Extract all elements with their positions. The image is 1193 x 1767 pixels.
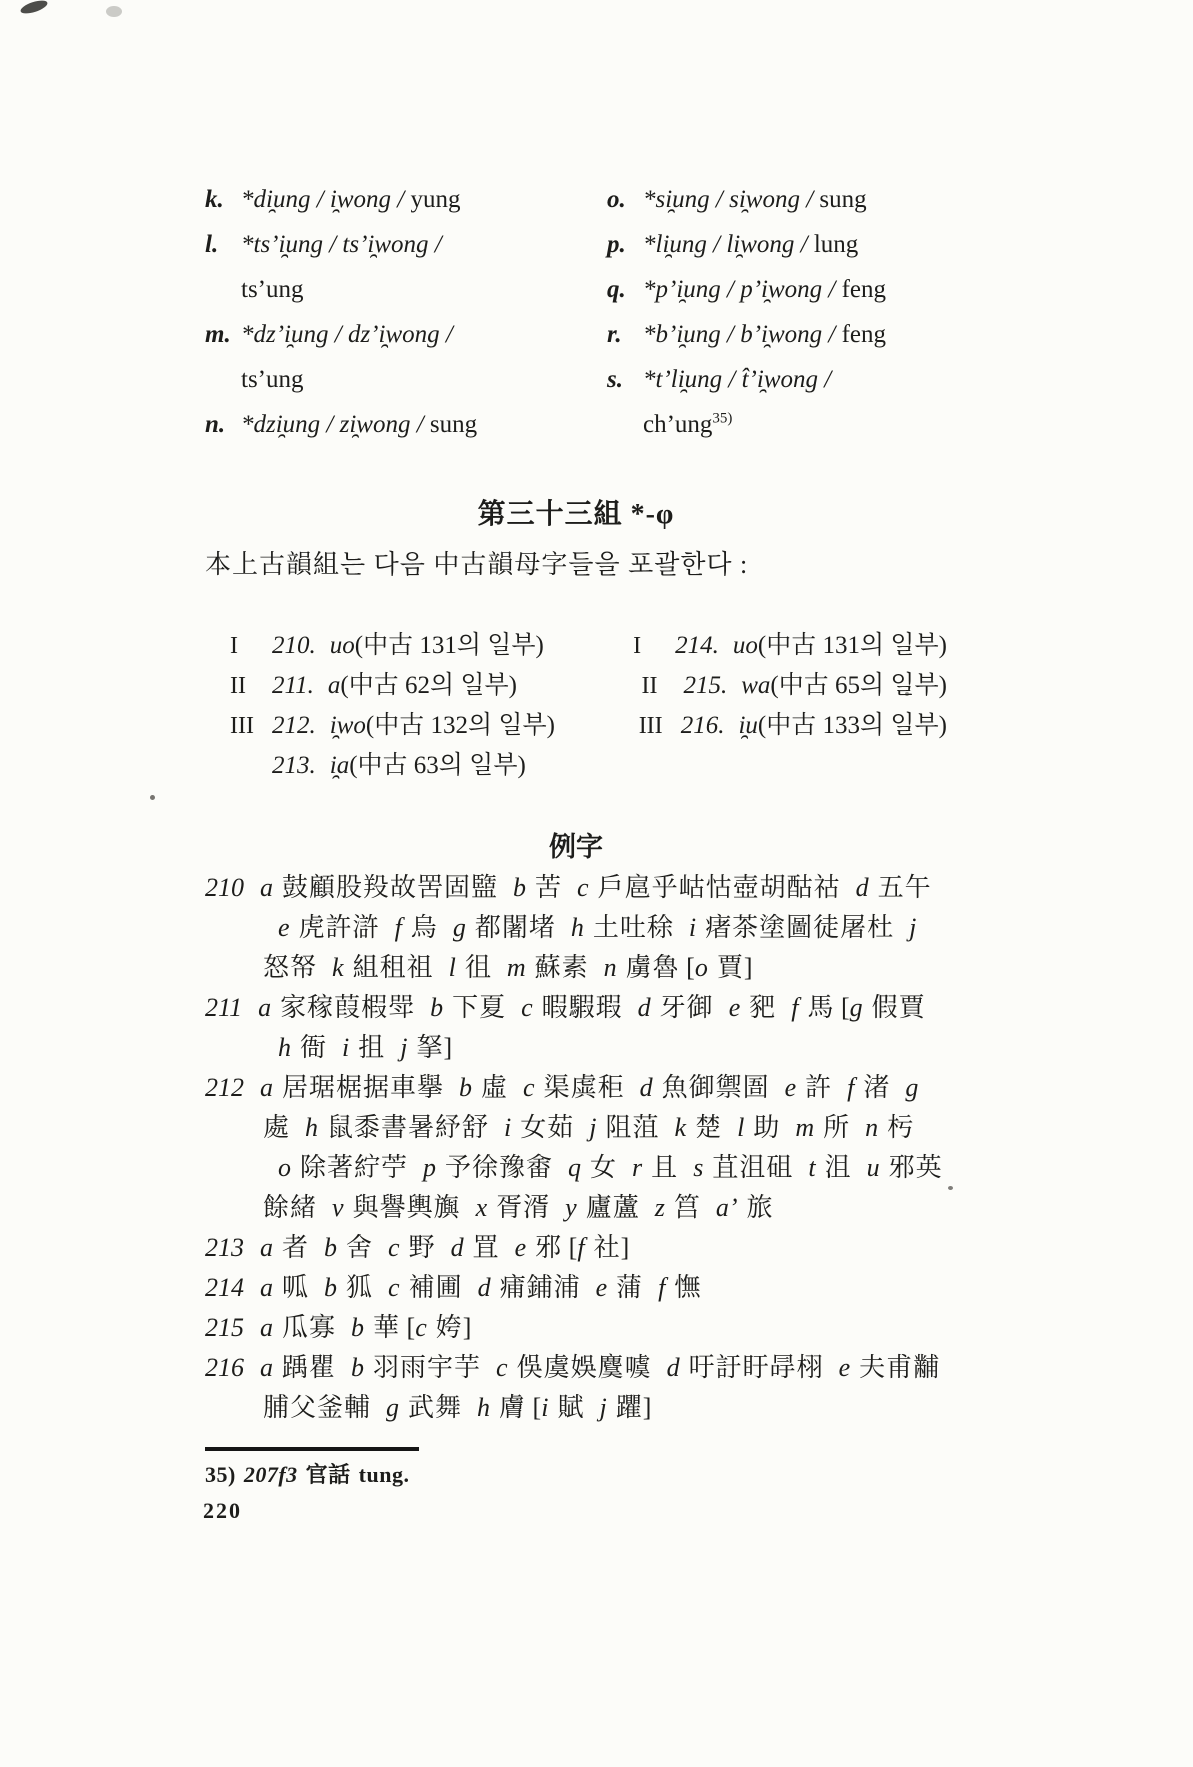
page-content: k.*di̯ung / i̯wong / yungl.*ts’i̯ung / t…: [205, 186, 947, 1428]
phonetic-line: s.*t’li̯ung / t̂’i̯wong /: [607, 366, 947, 411]
segment-letter: c: [521, 993, 533, 1022]
segment-letter: s: [693, 1153, 703, 1182]
example-entry: 212a居琚椐据車擧b虛c渠虡秬d魚御禦圄e許f渚g處h鼠黍書暑紓舒i女茹j阻菹…: [205, 1068, 947, 1228]
example-entry: 211a家稼葭椵斝b下夏c暇騢瑕d牙御e豝f馬 [g假賈h衙i抯j拏]: [205, 988, 947, 1068]
segment-letter: b: [324, 1233, 337, 1262]
segment-letter: a: [260, 1353, 273, 1382]
segment-characters: 華: [373, 1313, 400, 1342]
segment-letter: z: [655, 1193, 665, 1222]
segment-characters: 暇騢瑕: [542, 993, 623, 1022]
segment-characters: 吁訏盱冔栩: [689, 1353, 824, 1382]
footnote-marker: 35): [205, 1462, 236, 1487]
segment-characters: 瘏茶塗圖徒屠杜: [705, 913, 894, 942]
segment-letter: a: [260, 1313, 273, 1342]
phonetic-line: ts’ung: [205, 276, 607, 321]
segment-letter: h: [477, 1393, 490, 1422]
segment-characters: 蘇素: [535, 953, 589, 982]
segment-characters: 助: [753, 1113, 780, 1142]
segment-letter: o: [695, 953, 708, 982]
segment-characters: 躣: [616, 1393, 643, 1422]
reconstructed-forms: *b’i̯ung / b’i̯wong /: [643, 321, 835, 348]
segment-letter: e: [596, 1273, 608, 1302]
entry-number: 211: [205, 993, 242, 1022]
phonetic-item-letter: p.: [607, 231, 643, 276]
group-number: 212.: [272, 712, 316, 740]
group-number: 213.: [272, 752, 316, 780]
reconstructed-forms: *di̯ung / i̯wong /: [241, 186, 404, 213]
phonetic-item-text: ts’ung: [241, 366, 304, 411]
segment-characters: 土吐稌: [593, 913, 674, 942]
entry-number: 212: [205, 1073, 244, 1102]
rhyme-group-cell: 213.i̯a(中古 63의 일부): [230, 745, 642, 781]
phonetic-item-text: *di̯ung / i̯wong / yung: [241, 186, 460, 231]
segment-characters: 憮: [674, 1273, 701, 1302]
segment-letter: d: [856, 873, 869, 902]
segment-characters: 怒帑: [263, 953, 317, 982]
class-numeral: II: [641, 673, 683, 700]
segment-characters: 居琚椐据車擧: [282, 1073, 444, 1102]
segment-letter: i: [342, 1033, 349, 1062]
class-numeral: III: [230, 713, 272, 740]
phonetic-line: r.*b’i̯ung / b’i̯wong / feng: [607, 321, 947, 366]
segment-characters: 女茹: [520, 1113, 574, 1142]
segment-letter: j: [909, 913, 916, 942]
segment-characters: 沮: [825, 1153, 852, 1182]
group-middle-chinese-note: (中古 65의 일부): [770, 665, 947, 701]
segment-characters: 馬: [807, 993, 834, 1022]
reconstructed-forms: *si̯ung / si̯wong /: [643, 186, 813, 213]
segment-characters: 鼠黍書暑紓舒: [327, 1113, 489, 1142]
rhyme-group-cell: I214.uo(中古 131의 일부): [633, 625, 947, 661]
page-number: 220: [203, 1498, 242, 1524]
segment-characters: 渚: [863, 1073, 890, 1102]
rhyme-group-row: I210.uo(中古 131의 일부)I214.uo(中古 131의 일부): [205, 625, 947, 665]
rhyme-group-row: 213.i̯a(中古 63의 일부): [205, 745, 947, 785]
segment-letter: g: [386, 1393, 399, 1422]
group-romanization: uo: [733, 632, 758, 660]
footnote-word: tung.: [359, 1462, 410, 1487]
segment-characters: 旅: [747, 1193, 774, 1222]
examples-heading: 例字: [205, 825, 947, 864]
segment-characters: 虎許滸: [299, 913, 380, 942]
segment-characters: 羽雨宇芋: [373, 1353, 481, 1382]
group-number: 211.: [272, 672, 314, 700]
class-numeral: I: [633, 633, 675, 660]
open-bracket: [: [562, 1233, 577, 1262]
example-entry: 216a踽瞿b羽雨宇芋c俁虞娛麌噳d吁訏盱冔栩e夫甫黼脯父釜輔g武舞h膚 [i賦…: [205, 1348, 947, 1428]
phonetic-line: ch’ung35): [607, 411, 947, 456]
phonetic-item-letter: m.: [205, 321, 241, 366]
segment-letter: b: [324, 1273, 337, 1302]
segment-characters: 烏: [411, 913, 438, 942]
footnote-rule: [205, 1447, 419, 1451]
group-middle-chinese-note: (中古 62의 일부): [340, 665, 517, 701]
segment-characters: 胥湑: [496, 1193, 550, 1222]
reconstructed-forms: *dzi̯ung / zi̯wong /: [241, 411, 424, 438]
footnote: 35)207f3官話tung.: [205, 1458, 409, 1489]
segment-letter: n: [604, 953, 617, 982]
segment-letter: g: [453, 913, 466, 942]
phonetic-item-letter: k.: [205, 186, 241, 231]
segment-letter: c: [388, 1273, 400, 1302]
segment-letter: h: [278, 1033, 291, 1062]
example-entry: 214a呱b狐c補圃d痡鋪浦e蒲f憮: [205, 1268, 947, 1308]
phonetic-item-letter: s.: [607, 366, 643, 411]
class-numeral: III: [639, 713, 681, 740]
segment-characters: 除著紵苧: [300, 1153, 408, 1182]
example-character-entries: 210a鼓顧股羖故罟固盬b苦c戶扈乎岵怙壺胡酤祜d五午e虎許滸f烏g都闍堵h土吐…: [205, 868, 947, 1428]
segment-characters: 拏: [417, 1033, 444, 1062]
entry-number: 214: [205, 1273, 244, 1302]
open-bracket: [: [680, 953, 695, 982]
segment-letter: b: [459, 1073, 472, 1102]
segment-characters: 狐: [346, 1273, 373, 1302]
class-numeral: II: [230, 673, 272, 700]
segment-characters: 都闍堵: [475, 913, 556, 942]
group-romanization: i̯a: [330, 752, 349, 780]
segment-characters: 膚: [499, 1393, 526, 1422]
phonetic-line: l.*ts’i̯ung / ts’i̯wong /: [205, 231, 607, 276]
segment-letter: b: [351, 1313, 364, 1342]
entry-number: 216: [205, 1353, 244, 1382]
reconstructed-forms: *dz’i̯ung / dz’i̯wong /: [241, 321, 453, 348]
segment-characters: 舍: [346, 1233, 373, 1262]
segment-characters: 苴沮砠: [712, 1153, 793, 1182]
modern-reading: ts’ung: [241, 366, 304, 393]
modern-reading: ts’ung: [241, 276, 304, 303]
segment-letter: l: [449, 953, 456, 982]
segment-characters: 賈: [717, 953, 744, 982]
open-bracket: [: [526, 1393, 541, 1422]
segment-letter: o: [278, 1153, 291, 1182]
segment-characters: 且: [651, 1153, 678, 1182]
segment-letter: d: [667, 1353, 680, 1382]
group-romanization: i̯wo: [330, 712, 366, 740]
group-middle-chinese-note: (中古 132의 일부): [366, 705, 555, 741]
footnote-cjk: 官話: [306, 1462, 351, 1487]
group-romanization: uo: [330, 632, 355, 660]
segment-letter: k: [675, 1113, 687, 1142]
segment-letter: f: [658, 1273, 665, 1302]
segment-letter: g: [905, 1073, 918, 1102]
segment-characters: 戶扈乎岵怙壺胡酤祜: [598, 873, 841, 902]
close-bracket: ]: [444, 1033, 453, 1062]
rhyme-group-cell: II215.wa(中古 65의 일부): [641, 665, 947, 701]
segment-characters: 社: [594, 1233, 621, 1262]
phonetic-line: q.*p’i̯ung / p’i̯wong / feng: [607, 276, 947, 321]
segment-letter: e: [278, 913, 290, 942]
segment-letter: b: [430, 993, 443, 1022]
segment-characters: 渠虡秬: [544, 1073, 625, 1102]
segment-letter: a’: [716, 1193, 738, 1222]
group-number: 215.: [683, 672, 727, 700]
group-number: 216.: [681, 712, 725, 740]
segment-characters: 蒲: [616, 1273, 643, 1302]
rhyme-group-row: III212.i̯wo(中古 132의 일부)III216.i̯u(中古 133…: [205, 705, 947, 745]
segment-letter: g: [850, 993, 863, 1022]
group-middle-chinese-note: (中古 63의 일부): [349, 745, 526, 781]
segment-letter: a: [258, 993, 271, 1022]
segment-characters: 組租祖: [353, 953, 434, 982]
segment-letter: f: [791, 993, 798, 1022]
phonetic-line: p.*li̯ung / li̯wong / lung: [607, 231, 947, 276]
rhyme-group-cell: III212.i̯wo(中古 132의 일부): [230, 705, 639, 741]
segment-characters: 邪: [535, 1233, 562, 1262]
segment-characters: 踽瞿: [282, 1353, 336, 1382]
rhyme-group-row: II211.a(中古 62의 일부)II215.wa(中古 65의 일부): [205, 665, 947, 705]
scanned-paper-page: k.*di̯ung / i̯wong / yungl.*ts’i̯ung / t…: [0, 0, 1193, 1767]
reconstructed-forms: *p’i̯ung / p’i̯wong /: [643, 276, 835, 303]
phonetic-line: k.*di̯ung / i̯wong / yung: [205, 186, 607, 231]
close-bracket: ]: [463, 1313, 472, 1342]
phonetic-item-letter: q.: [607, 276, 643, 321]
segment-characters: 女: [590, 1153, 617, 1182]
segment-letter: h: [305, 1113, 318, 1142]
group-romanization: wa: [741, 672, 770, 700]
segment-letter: u: [867, 1153, 880, 1182]
segment-letter: b: [351, 1353, 364, 1382]
phonetic-column-left: k.*di̯ung / i̯wong / yungl.*ts’i̯ung / t…: [205, 186, 607, 456]
segment-letter: a: [260, 1233, 273, 1262]
phonetic-item-letter: [607, 411, 643, 456]
segment-characters: 瓜寡: [282, 1313, 336, 1342]
group-middle-chinese-note: (中古 133의 일부): [758, 705, 947, 741]
segment-letter: a: [260, 873, 273, 902]
scan-artifact: [106, 6, 122, 17]
segment-letter: b: [513, 873, 526, 902]
segment-characters: 魚御禦圄: [662, 1073, 770, 1102]
segment-letter: a: [260, 1073, 273, 1102]
segment-characters: 野: [409, 1233, 436, 1262]
segment-letter: p: [423, 1153, 436, 1182]
segment-characters: 徂: [465, 953, 492, 982]
modern-reading: ch’ung: [643, 411, 712, 438]
segment-characters: 筥: [674, 1193, 701, 1222]
segment-letter: a: [260, 1273, 273, 1302]
group-middle-chinese-note: (中古 131의 일부): [758, 625, 947, 661]
modern-reading: feng: [835, 321, 886, 348]
segment-characters: 楚: [695, 1113, 722, 1142]
segment-letter: i: [541, 1393, 548, 1422]
phonetic-line: m.*dz’i̯ung / dz’i̯wong /: [205, 321, 607, 366]
segment-characters: 補圃: [409, 1273, 463, 1302]
section-heading: 第三十三組 *-φ: [205, 492, 947, 532]
close-bracket: ]: [643, 1393, 652, 1422]
segment-letter: c: [523, 1073, 535, 1102]
segment-characters: 鼓顧股羖故罟固盬: [282, 873, 498, 902]
segment-letter: j: [400, 1033, 407, 1062]
example-entry: 213a者b舍c野d罝e邪 [f社]: [205, 1228, 947, 1268]
segment-letter: x: [476, 1193, 488, 1222]
open-bracket: [: [835, 993, 850, 1022]
phonetic-item-letter: n.: [205, 411, 241, 456]
segment-letter: h: [571, 913, 584, 942]
segment-letter: f: [577, 1233, 584, 1262]
segment-letter: c: [496, 1353, 508, 1382]
reconstructed-forms: *t’li̯ung / t̂’i̯wong /: [643, 366, 831, 393]
rhyme-group-cell: III216.i̯u(中古 133의 일부): [639, 705, 947, 741]
segment-characters: 虛: [481, 1073, 508, 1102]
segment-letter: e: [729, 993, 741, 1022]
phonetic-column-right: o.*si̯ung / si̯wong / sungp.*li̯ung / li…: [607, 186, 947, 456]
group-number: 210.: [272, 632, 316, 660]
example-entry: 210a鼓顧股羖故罟固盬b苦c戶扈乎岵怙壺胡酤祜d五午e虎許滸f烏g都闍堵h土吐…: [205, 868, 947, 988]
phonetic-line: o.*si̯ung / si̯wong / sung: [607, 186, 947, 231]
phonetic-item-text: *li̯ung / li̯wong / lung: [643, 231, 858, 276]
segment-characters: 豝: [749, 993, 776, 1022]
close-bracket: ]: [744, 953, 753, 982]
segment-characters: 牙御: [660, 993, 714, 1022]
phonetic-item-text: *dzi̯ung / zi̯wong / sung: [241, 411, 477, 456]
segment-characters: 許: [805, 1073, 832, 1102]
segment-characters: 杇: [887, 1113, 914, 1142]
modern-reading: sung: [424, 411, 477, 438]
phonetic-item-letter: l.: [205, 231, 241, 276]
open-bracket: [: [400, 1313, 415, 1342]
segment-letter: n: [865, 1113, 878, 1142]
segment-letter: e: [515, 1233, 527, 1262]
segment-characters: 阻菹: [606, 1113, 660, 1142]
segment-letter: j: [589, 1113, 596, 1142]
segment-letter: i: [689, 913, 696, 942]
segment-characters: 痡鋪浦: [500, 1273, 581, 1302]
segment-characters: 與譽輿旟: [353, 1193, 461, 1222]
phonetic-item-text: ts’ung: [241, 276, 304, 321]
segment-characters: 呱: [282, 1273, 309, 1302]
segment-letter: t: [808, 1153, 815, 1182]
footnote-reference: 207f3: [244, 1462, 298, 1487]
segment-letter: e: [785, 1073, 797, 1102]
phonetic-item-letter: r.: [607, 321, 643, 366]
entry-number: 213: [205, 1233, 244, 1262]
segment-characters: 賦: [557, 1393, 584, 1422]
segment-letter: d: [451, 1233, 464, 1262]
segment-letter: d: [638, 993, 651, 1022]
segment-characters: 假賈: [872, 993, 926, 1022]
group-middle-chinese-note: (中古 131의 일부): [355, 625, 544, 661]
rhyme-group-cell: II211.a(中古 62의 일부): [230, 665, 641, 701]
reconstructed-forms: *ts’i̯ung / ts’i̯wong /: [241, 231, 442, 258]
segment-letter: d: [640, 1073, 653, 1102]
modern-reading: lung: [808, 231, 859, 258]
phonetic-item-text: ch’ung35): [643, 411, 732, 456]
segment-letter: c: [388, 1233, 400, 1262]
segment-letter: i: [504, 1113, 511, 1142]
modern-reading: sung: [813, 186, 866, 213]
segment-characters: 罝: [473, 1233, 500, 1262]
segment-letter: m: [795, 1113, 814, 1142]
group-number: 214.: [675, 632, 719, 660]
segment-letter: k: [332, 953, 344, 982]
phonetic-item-text: *ts’i̯ung / ts’i̯wong /: [241, 231, 442, 276]
close-bracket: ]: [621, 1233, 630, 1262]
phonetic-item-letter: [205, 366, 241, 411]
phonetic-item-text: *dz’i̯ung / dz’i̯wong /: [241, 321, 453, 366]
phonetic-line: n.*dzi̯ung / zi̯wong / sung: [205, 411, 607, 456]
rhyme-group-cell: I210.uo(中古 131의 일부): [230, 625, 633, 661]
entry-number: 210: [205, 873, 244, 902]
phonetic-item-text: *b’i̯ung / b’i̯wong / feng: [643, 321, 886, 366]
group-romanization: i̯u: [738, 712, 757, 740]
scan-artifact: [19, 0, 49, 16]
phonetic-item-text: *si̯ung / si̯wong / sung: [643, 186, 867, 231]
segment-letter: r: [632, 1153, 642, 1182]
phonetic-line: ts’ung: [205, 366, 607, 411]
segment-characters: 抯: [358, 1033, 385, 1062]
class-numeral: I: [230, 633, 272, 660]
segment-letter: v: [332, 1193, 344, 1222]
segment-characters: 衙: [300, 1033, 327, 1062]
entry-number: 215: [205, 1313, 244, 1342]
segment-characters: 家稼葭椵斝: [280, 993, 415, 1022]
segment-characters: 者: [282, 1233, 309, 1262]
footnote-ref-superscript: 35): [712, 411, 732, 427]
segment-characters: 所: [823, 1113, 850, 1142]
segment-characters: 虜魯: [626, 953, 680, 982]
group-romanization: a: [328, 672, 341, 700]
segment-letter: e: [839, 1353, 851, 1382]
segment-characters: 俁虞娛麌噳: [517, 1353, 652, 1382]
rhyme-group-table: I210.uo(中古 131의 일부)I214.uo(中古 131의 일부)II…: [205, 625, 947, 785]
segment-letter: j: [599, 1393, 606, 1422]
segment-letter: m: [507, 953, 526, 982]
scan-artifact: [150, 795, 155, 800]
phonetic-item-letter: [205, 276, 241, 321]
segment-letter: q: [568, 1153, 581, 1182]
segment-characters: 姱: [436, 1313, 463, 1342]
example-entry: 215a瓜寡b華 [c姱]: [205, 1308, 947, 1348]
phonetic-reconstruction-list: k.*di̯ung / i̯wong / yungl.*ts’i̯ung / t…: [205, 186, 947, 456]
segment-characters: 武舞: [408, 1393, 462, 1422]
segment-characters: 予徐豫畬: [445, 1153, 553, 1182]
segment-letter: d: [478, 1273, 491, 1302]
segment-characters: 苦: [535, 873, 562, 902]
segment-characters: 五午: [878, 873, 932, 902]
segment-letter: y: [565, 1193, 577, 1222]
segment-characters: 處: [263, 1113, 290, 1142]
segment-letter: l: [737, 1113, 744, 1142]
scan-artifact: [948, 1186, 953, 1190]
segment-letter: c: [577, 873, 589, 902]
phonetic-item-text: *t’li̯ung / t̂’i̯wong /: [643, 366, 831, 411]
segment-characters: 廬蘆: [586, 1193, 640, 1222]
modern-reading: feng: [835, 276, 886, 303]
reconstructed-forms: *li̯ung / li̯wong /: [643, 231, 808, 258]
intro-sentence: 本上古韻組는 다음 中古韻母字들을 포괄한다 :: [205, 544, 947, 581]
phonetic-item-text: *p’i̯ung / p’i̯wong / feng: [643, 276, 886, 321]
modern-reading: yung: [404, 186, 460, 213]
segment-letter: c: [415, 1313, 427, 1342]
phonetic-item-letter: o.: [607, 186, 643, 231]
segment-characters: 下夏: [452, 993, 506, 1022]
segment-letter: f: [847, 1073, 854, 1102]
segment-letter: f: [395, 913, 402, 942]
